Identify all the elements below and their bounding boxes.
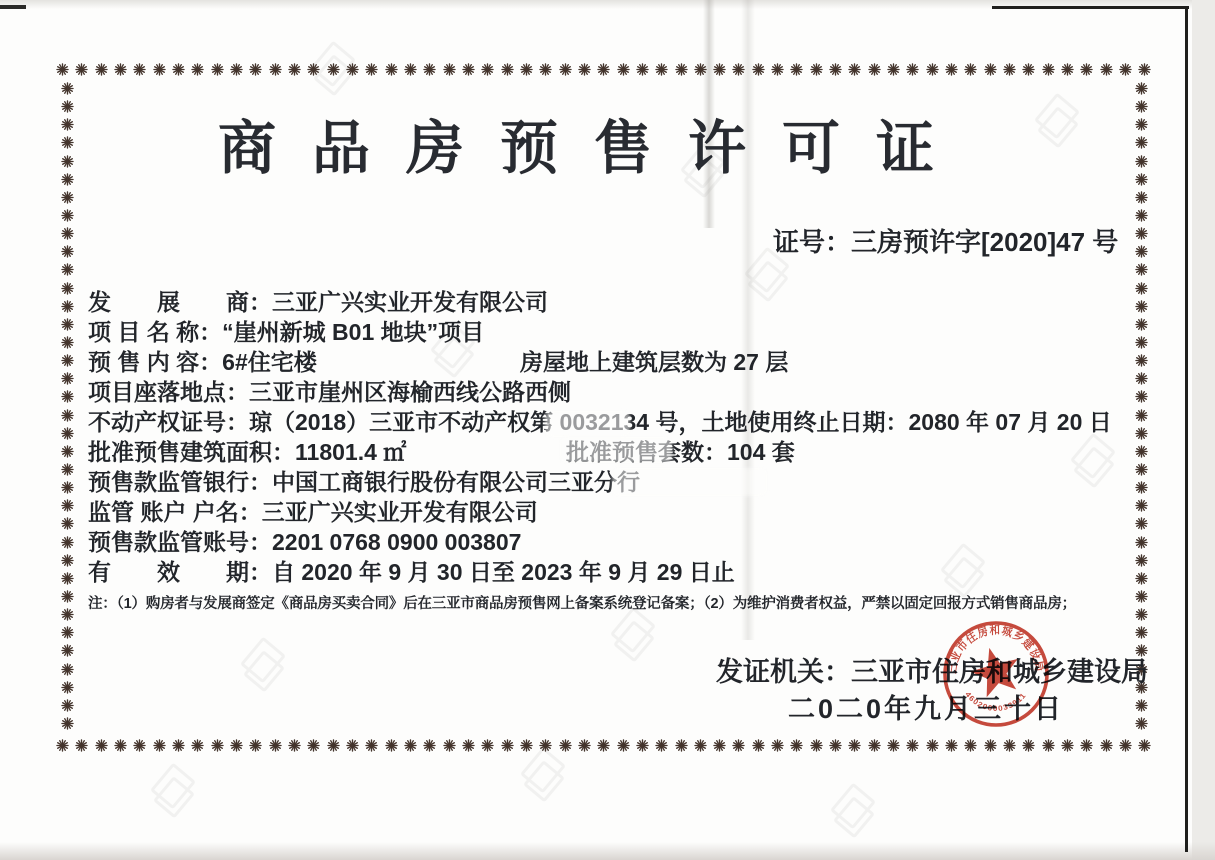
field-project-name: 项 目 名 称：“崖州新城 B01 地块”项目 [88,317,1128,347]
asterisk-glyph [1100,63,1113,76]
asterisk-glyph [404,739,417,752]
field-label: 预 售 内 容： [88,349,222,375]
asterisk-glyph [1135,318,1148,331]
asterisk-glyph [559,63,572,76]
field-value: 2201 0768 0900 003807 [272,529,521,555]
asterisk-glyph [95,63,108,76]
asterisk-glyph [539,63,552,76]
asterisk-glyph [230,739,243,752]
asterisk-glyph [1135,445,1148,458]
asterisk-glyph [61,481,74,494]
asterisk-glyph [848,739,861,752]
asterisk-glyph [868,63,881,76]
asterisk-glyph [75,63,88,76]
asterisk-glyph [713,63,726,76]
watermark-ghost [240,637,286,684]
asterisk-glyph [597,63,610,76]
asterisk-glyph [501,739,514,752]
asterisk-glyph [1119,63,1132,76]
asterisk-glyph [269,63,282,76]
asterisk-glyph [810,739,823,752]
asterisk-glyph [1022,739,1035,752]
asterisk-glyph [1135,118,1148,131]
asterisk-glyph [1061,739,1074,752]
asterisk-glyph [61,354,74,367]
asterisk-glyph [926,63,939,76]
asterisk-glyph [61,499,74,512]
asterisk-glyph [1135,699,1148,712]
seal-number-text: 4602000033911 [963,690,1028,713]
asterisk-glyph [61,699,74,712]
asterisk-glyph [61,191,74,204]
watermark-ghost [520,747,566,794]
asterisk-glyph [95,739,108,752]
asterisk-glyph [539,739,552,752]
asterisk-glyph [61,300,74,313]
asterisk-glyph [56,63,69,76]
asterisk-glyph [346,63,359,76]
asterisk-glyph [1022,63,1035,76]
scan-fade-artifact [545,411,630,437]
asterisk-glyph [636,739,649,752]
asterisk-glyph [1135,572,1148,585]
asterisk-glyph [1042,63,1055,76]
asterisk-glyph [520,739,533,752]
asterisk-glyph [520,63,533,76]
asterisk-glyph [61,463,74,476]
asterisk-glyph [1135,390,1148,403]
asterisk-glyph [133,739,146,752]
asterisk-glyph [249,739,262,752]
field-presale-content: 预 售 内 容：6#住宅楼房屋地上建筑层数为 27 层 [88,347,1128,377]
asterisk-glyph [1135,372,1148,385]
asterisk-glyph [346,739,359,752]
field-label: 发 展 商： [88,289,272,315]
asterisk-glyph [61,390,74,403]
asterisk-glyph [385,739,398,752]
document-title: 商品房预售许可证 [40,101,1130,185]
asterisk-glyph [172,63,185,76]
asterisk-glyph [1135,499,1148,512]
field-account-number: 预售款监管账号：2201 0768 0900 003807 [88,527,1128,557]
asterisk-glyph [61,572,74,585]
asterisk-glyph [61,227,74,240]
asterisk-glyph [230,63,243,76]
asterisk-glyph [945,63,958,76]
field-value: 中国工商银行股份有限公司三亚分行 [272,469,640,495]
asterisk-glyph [868,739,881,752]
asterisk-glyph [1135,191,1148,204]
field-value: “崖州新城 B01 地块”项目 [222,319,484,345]
asterisk-glyph [1135,626,1148,639]
asterisk-glyph [211,63,224,76]
asterisk-glyph [810,63,823,76]
asterisk-glyph [365,63,378,76]
asterisk-glyph [61,445,74,458]
asterisk-glyph [481,63,494,76]
asterisk-glyph [655,739,668,752]
asterisk-glyph [423,63,436,76]
asterisk-glyph [906,739,919,752]
field-label: 项目座落地点： [88,379,249,405]
asterisk-glyph [61,336,74,349]
certificate-number: 证号：三房预许字[2020]47 号 [773,222,1118,259]
asterisk-glyph [790,739,803,752]
asterisk-glyph [578,63,591,76]
asterisk-glyph [61,245,74,258]
asterisk-glyph [172,739,185,752]
asterisk-glyph [288,63,301,76]
asterisk-glyph [61,282,74,295]
field-location: 项目座落地点：三亚市崖州区海榆西线公路西侧 [88,377,1128,407]
watermark-ghost [150,763,196,810]
field-label: 项 目 名 称： [88,319,222,345]
asterisk-glyph [1135,82,1148,95]
asterisk-glyph [211,739,224,752]
asterisk-glyph [385,63,398,76]
asterisk-glyph [732,739,745,752]
asterisk-glyph [694,739,707,752]
asterisk-glyph [771,63,784,76]
asterisk-glyph [61,717,74,730]
scan-fade-artifact [560,437,672,463]
asterisk-glyph [752,739,765,752]
asterisk-glyph [61,608,74,621]
asterisk-glyph [1135,463,1148,476]
asterisk-glyph [694,63,707,76]
asterisk-glyph [829,63,842,76]
asterisk-glyph [61,681,74,694]
scan-edge-bottom [0,842,1215,860]
asterisk-glyph [61,372,74,385]
asterisk-glyph [636,63,649,76]
asterisk-glyph [327,739,340,752]
asterisk-glyph [153,63,166,76]
asterisk-glyph [443,63,456,76]
asterisk-glyph [443,739,456,752]
asterisk-glyph [713,739,726,752]
scanned-permit-page: { "page": { "background": "#fdfdfc", "in… [0,0,1215,860]
asterisk-glyph [61,590,74,603]
field-value: 琼（2018）三亚市不动产权第 0032134 号，土地使用终止日期：2080 … [249,409,1112,435]
asterisk-glyph [61,536,74,549]
asterisk-glyph [617,739,630,752]
field-value: 自 2020 年 9 月 30 日至 2023 年 9 月 29 日止 [272,559,735,585]
asterisk-glyph [597,739,610,752]
asterisk-glyph [307,63,320,76]
asterisk-glyph [1119,739,1132,752]
asterisk-glyph [1135,336,1148,349]
asterisk-glyph [1080,63,1093,76]
asterisk-glyph [1138,739,1151,752]
scan-edge-right [1192,0,1215,860]
asterisk-glyph [61,263,74,276]
scan-fade-artifact [612,468,767,496]
asterisk-glyph [1135,590,1148,603]
field-validity-period: 有 效 期：自 2020 年 9 月 30 日至 2023 年 9 月 29 日… [88,557,1128,587]
field-supervision-bank: 预售款监管银行：中国工商银行股份有限公司三亚分行 [88,467,1128,497]
asterisk-glyph [61,517,74,530]
field-value: 6#住宅楼 [222,349,317,375]
asterisk-glyph [964,63,977,76]
asterisk-glyph [1135,717,1148,730]
asterisk-glyph [1135,354,1148,367]
field-label: 预售款监管银行： [88,469,272,495]
asterisk-glyph [288,739,301,752]
asterisk-border-right [1133,82,1149,730]
asterisk-glyph [61,427,74,440]
asterisk-glyph [61,82,74,95]
field-value: 三亚市崖州区海榆西线公路西侧 [249,379,571,405]
field-label: 监管 账户 户名： [88,499,262,525]
asterisk-glyph [61,209,74,222]
asterisk-glyph [887,63,900,76]
asterisk-glyph [1135,263,1148,276]
field-account-name: 监管 账户 户名：三亚广兴实业开发有限公司 [88,497,1128,527]
field-value: 11801.4 ㎡ [295,439,406,465]
asterisk-glyph [114,63,127,76]
asterisk-glyph [790,63,803,76]
asterisk-glyph [1135,100,1148,113]
asterisk-glyph [481,739,494,752]
asterisk-glyph [61,626,74,639]
scan-corner-mark [0,5,26,9]
seal-star-icon [965,641,1025,699]
asterisk-glyph [1135,155,1148,168]
asterisk-glyph [501,63,514,76]
field-label: 预售款监管账号： [88,529,272,555]
asterisk-glyph [1135,481,1148,494]
asterisk-glyph [114,739,127,752]
asterisk-glyph [365,739,378,752]
asterisk-glyph [848,63,861,76]
asterisk-glyph [1135,282,1148,295]
asterisk-glyph [1003,739,1016,752]
asterisk-glyph [1061,63,1074,76]
asterisk-glyph [984,739,997,752]
asterisk-border-top [56,61,1152,77]
field-label: 批准预售建筑面积： [88,439,295,465]
asterisk-glyph [1135,554,1148,567]
asterisk-glyph [752,63,765,76]
asterisk-glyph [984,63,997,76]
scan-page-edge-line-vertical [1185,6,1188,852]
asterisk-glyph [906,63,919,76]
asterisk-glyph [462,739,475,752]
asterisk-glyph [732,63,745,76]
asterisk-glyph [945,739,958,752]
field-developer: 发 展 商：三亚广兴实业开发有限公司 [88,287,1128,317]
asterisk-glyph [964,739,977,752]
asterisk-glyph [404,63,417,76]
asterisk-glyph [1135,300,1148,313]
asterisk-glyph [61,409,74,422]
asterisk-glyph [1135,608,1148,621]
official-seal: 三亚市住房和城乡建设局 4602000033911 [931,610,1061,740]
asterisk-glyph [887,739,900,752]
asterisk-glyph [1135,173,1148,186]
asterisk-glyph [617,63,630,76]
asterisk-glyph [559,739,572,752]
asterisk-glyph [191,739,204,752]
asterisk-glyph [829,739,842,752]
watermark-ghost [830,783,876,830]
asterisk-glyph [327,63,340,76]
asterisk-glyph [269,739,282,752]
asterisk-glyph [423,739,436,752]
asterisk-glyph [1135,136,1148,149]
field-label: 不动产权证号： [88,409,249,435]
asterisk-glyph [1003,63,1016,76]
asterisk-glyph [191,63,204,76]
asterisk-glyph [1135,245,1148,258]
asterisk-glyph [1135,536,1148,549]
watermark-ghost [610,607,656,654]
asterisk-glyph [1135,427,1148,440]
asterisk-glyph [1080,739,1093,752]
asterisk-glyph [1135,209,1148,222]
asterisk-glyph [675,63,688,76]
scan-page-edge-line-horizontal [992,6,1189,9]
asterisk-glyph [133,63,146,76]
asterisk-glyph [61,318,74,331]
asterisk-glyph [462,63,475,76]
asterisk-glyph [771,739,784,752]
field-label: 有 效 期： [88,559,272,585]
asterisk-glyph [56,739,69,752]
asterisk-glyph [1138,63,1151,76]
asterisk-glyph [578,739,591,752]
asterisk-glyph [61,644,74,657]
asterisk-glyph [1135,227,1148,240]
field-value: 三亚广兴实业开发有限公司 [272,289,548,315]
asterisk-glyph [153,739,166,752]
asterisk-glyph [249,63,262,76]
asterisk-glyph [1100,739,1113,752]
asterisk-glyph [61,663,74,676]
asterisk-glyph [675,739,688,752]
asterisk-glyph [1135,517,1148,530]
asterisk-glyph [926,739,939,752]
field-floors: 房屋地上建筑层数为 27 层 [520,347,788,377]
asterisk-glyph [1042,739,1055,752]
asterisk-glyph [1135,409,1148,422]
asterisk-glyph [61,554,74,567]
asterisk-glyph [75,739,88,752]
asterisk-glyph [307,739,320,752]
field-value: 三亚广兴实业开发有限公司 [262,499,538,525]
asterisk-glyph [655,63,668,76]
